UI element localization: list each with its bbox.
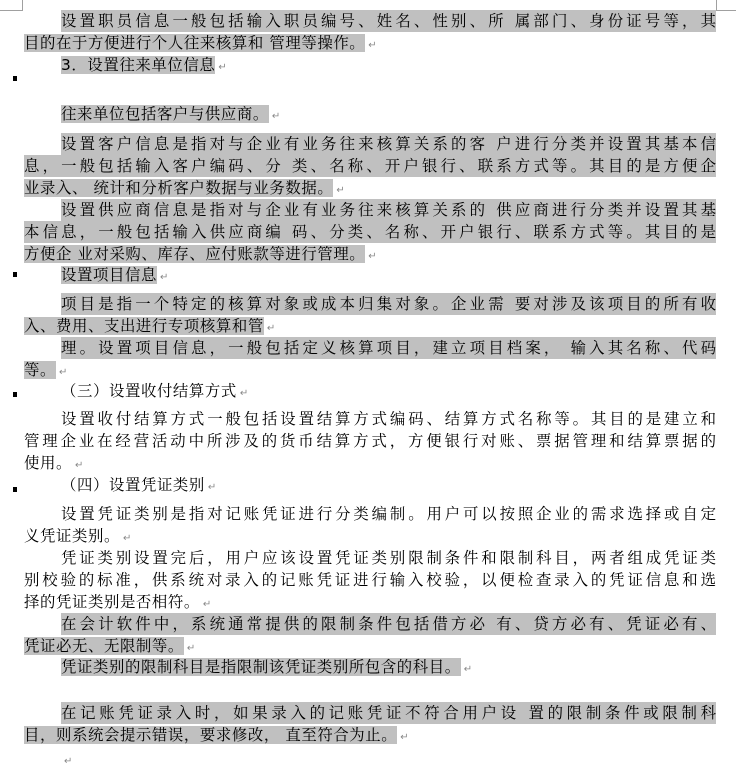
document-line[interactable]: 义凭证类别。↵ (24, 525, 132, 547)
document-line[interactable]: 3．设置往来单位信息↵ (61, 54, 227, 76)
paragraph-return-mark-icon: ↵ (267, 323, 276, 334)
document-line[interactable]: 理。设置项目信息，一般包括定义核算项目，建立项目档案， 输入其名称、代码 (61, 337, 716, 359)
line-text: 息，一般包括输入客户编码、分 类、名称、开户银行、联系方式等。其目的是方便企 (24, 155, 716, 177)
document-line[interactable]: 凭证类别的限制科目是指限制该凭证类别所包含的科目。↵ (61, 656, 473, 678)
line-text: （三）设置收付结算方式 (61, 382, 237, 400)
line-text: 设置供应商信息是指对与企业有业务往来核算关系的 供应商进行分类并设置其基 (61, 199, 716, 221)
document-line[interactable]: 管理企业在经营活动中所涉及的货币结算方式，方便银行对账、票据管理和结算票据的 (24, 430, 716, 452)
line-text: 目，则系统会提示错误，要求修改， 直至符合为止。 (24, 726, 397, 744)
line-text: 理。设置项目信息，一般包括定义核算项目，建立项目档案， 输入其名称、代码 (61, 337, 716, 359)
line-text: 凭证类别设置完后，用户应该设置凭证类别限制条件和限制科目，两者组成凭证类 (61, 547, 716, 569)
line-text: 设置凭证类别是指对记账凭证进行分类编制。用户可以按照企业的需求选择或自定 (61, 503, 716, 525)
paragraph-return-mark-icon: ↵ (203, 599, 212, 610)
line-text: 在会计软件中，系统通常提供的限制条件包括借方必 有、贷方必有、凭证必有、 (61, 613, 716, 635)
document-line[interactable]: 在记账凭证录入时，如果录入的记账凭证不符合用户设 置的限制条件或限制科 (61, 702, 716, 724)
paragraph-return-mark-icon: ↵ (75, 460, 84, 471)
line-text: 使用。 (24, 454, 72, 472)
line-text: 目的在于方便进行个人往来核算和 管理等操作。 (24, 34, 365, 52)
line-text: 3．设置往来单位信息 (61, 56, 215, 74)
line-text: 择的凭证类别是否相符。 (24, 593, 200, 611)
document-line[interactable]: （四）设置凭证类别↵ (61, 474, 217, 496)
document-line[interactable]: ↵ (61, 748, 73, 765)
document-line[interactable]: 等。↵ (24, 359, 68, 381)
paragraph-mark-bullet-icon (13, 76, 17, 81)
document-line[interactable]: 择的凭证类别是否相符。↵ (24, 591, 212, 613)
line-text: 设置职员信息一般包括输入职员编号、姓名、性别、所 属部门、身份证号等，其 (61, 10, 716, 32)
document-line[interactable]: 别校验的标准，供系统对录入的记账凭证进行输入校验，以便检查录入的凭证信息和选 (24, 569, 716, 591)
document-line[interactable]: 目的在于方便进行个人往来核算和 管理等操作。↵ (24, 32, 377, 54)
document-line[interactable]: 往来单位包括客户与供应商。↵ (61, 103, 281, 125)
paragraph-return-mark-icon: ↵ (218, 62, 227, 73)
document-line[interactable]: 目，则系统会提示错误，要求修改， 直至符合为止。↵ (24, 724, 409, 746)
line-text: 设置客户信息是指对与企业有业务往来核算关系的客 户进行分类并设置其基本信 (61, 133, 716, 155)
paragraph-mark-bullet-icon (13, 392, 17, 397)
line-text: 方便企 业对采购、库存、应付账款等进行管理。 (24, 245, 365, 263)
line-text: 在记账凭证录入时，如果录入的记账凭证不符合用户设 置的限制条件或限制科 (61, 702, 716, 724)
margin-corner-top-left (0, 0, 23, 11)
line-text: 设置收付结算方式一般包括设置结算方式编码、结算方式名称等。其目的是建立和 (61, 408, 716, 430)
line-text: （四）设置凭证类别 (61, 476, 205, 494)
line-text: 别校验的标准，供系统对录入的记账凭证进行输入校验，以便检查录入的凭证信息和选 (24, 569, 716, 591)
line-text: 凭证类别的限制科目是指限制该凭证类别所包含的科目。 (61, 658, 461, 676)
paragraph-return-mark-icon: ↵ (59, 367, 68, 378)
line-text: 入、费用、支出进行专项核算和管 (24, 317, 264, 335)
paragraph-return-mark-icon: ↵ (464, 664, 473, 675)
document-line[interactable]: 入、费用、支出进行专项核算和管↵ (24, 315, 276, 337)
line-text: 业录入、 统计和分析客户数据与业务数据。 (24, 179, 333, 197)
line-text: 等。 (24, 361, 56, 379)
document-line[interactable]: 设置收付结算方式一般包括设置结算方式编码、结算方式名称等。其目的是建立和 (61, 408, 716, 430)
document-line[interactable]: 设置项目信息↵ (61, 264, 169, 286)
document-line[interactable]: 设置凭证类别是指对记账凭证进行分类编制。用户可以按照企业的需求选择或自定 (61, 503, 716, 525)
line-text: 本信息，一般包括输入供应商编 码、分类、名称、开户银行、联系方式等。其目的是 (24, 221, 716, 243)
document-line[interactable]: 设置客户信息是指对与企业有业务往来核算关系的客 户进行分类并设置其基本信 (61, 133, 716, 155)
document-line[interactable]: 在会计软件中，系统通常提供的限制条件包括借方必 有、贷方必有、凭证必有、 (61, 613, 716, 635)
document-line[interactable]: 设置职员信息一般包括输入职员编号、姓名、性别、所 属部门、身份证号等，其 (61, 10, 716, 32)
line-text: 项目是指一个特定的核算对象或成本归集对象。企业需 要对涉及该项目的所有收 (61, 293, 716, 315)
paragraph-return-mark-icon: ↵ (208, 482, 217, 493)
document-line[interactable]: 凭证类别设置完后，用户应该设置凭证类别限制条件和限制科目，两者组成凭证类 (61, 547, 716, 569)
paragraph-mark-bullet-icon (13, 272, 17, 277)
paragraph-return-mark-icon: ↵ (368, 40, 377, 51)
document-line[interactable]: 使用。↵ (24, 452, 84, 474)
line-text: 凭证必无、无限制等。 (24, 637, 184, 655)
document-line[interactable]: 凭证必无、无限制等。↵ (24, 635, 196, 657)
paragraph-return-mark-icon: ↵ (64, 756, 73, 765)
paragraph-return-mark-icon: ↵ (368, 251, 377, 262)
document-line[interactable]: （三）设置收付结算方式↵ (61, 380, 249, 402)
margin-corner-top-right (716, 0, 736, 11)
paragraph-return-mark-icon: ↵ (187, 643, 196, 654)
paragraph-return-mark-icon: ↵ (123, 533, 132, 544)
paragraph-return-mark-icon: ↵ (160, 272, 169, 283)
document-line[interactable]: 息，一般包括输入客户编码、分 类、名称、开户银行、联系方式等。其目的是方便企 (24, 155, 716, 177)
line-text: 管理企业在经营活动中所涉及的货币结算方式，方便银行对账、票据管理和结算票据的 (24, 430, 716, 452)
line-text: 设置项目信息 (61, 266, 157, 284)
document-line[interactable]: 方便企 业对采购、库存、应付账款等进行管理。↵ (24, 243, 377, 265)
line-text: 义凭证类别。 (24, 527, 120, 545)
paragraph-return-mark-icon: ↵ (336, 185, 345, 196)
document-line[interactable]: 设置供应商信息是指对与企业有业务往来核算关系的 供应商进行分类并设置其基 (61, 199, 716, 221)
document-line[interactable]: 本信息，一般包括输入供应商编 码、分类、名称、开户银行、联系方式等。其目的是 (24, 221, 716, 243)
paragraph-return-mark-icon: ↵ (240, 388, 249, 399)
document-line[interactable]: 业录入、 统计和分析客户数据与业务数据。↵ (24, 177, 345, 199)
paragraph-mark-bullet-icon (13, 487, 17, 492)
line-text: 往来单位包括客户与供应商。 (61, 105, 269, 123)
document-line[interactable]: 项目是指一个特定的核算对象或成本归集对象。企业需 要对涉及该项目的所有收 (61, 293, 716, 315)
paragraph-return-mark-icon: ↵ (400, 732, 409, 743)
paragraph-return-mark-icon: ↵ (272, 111, 281, 122)
